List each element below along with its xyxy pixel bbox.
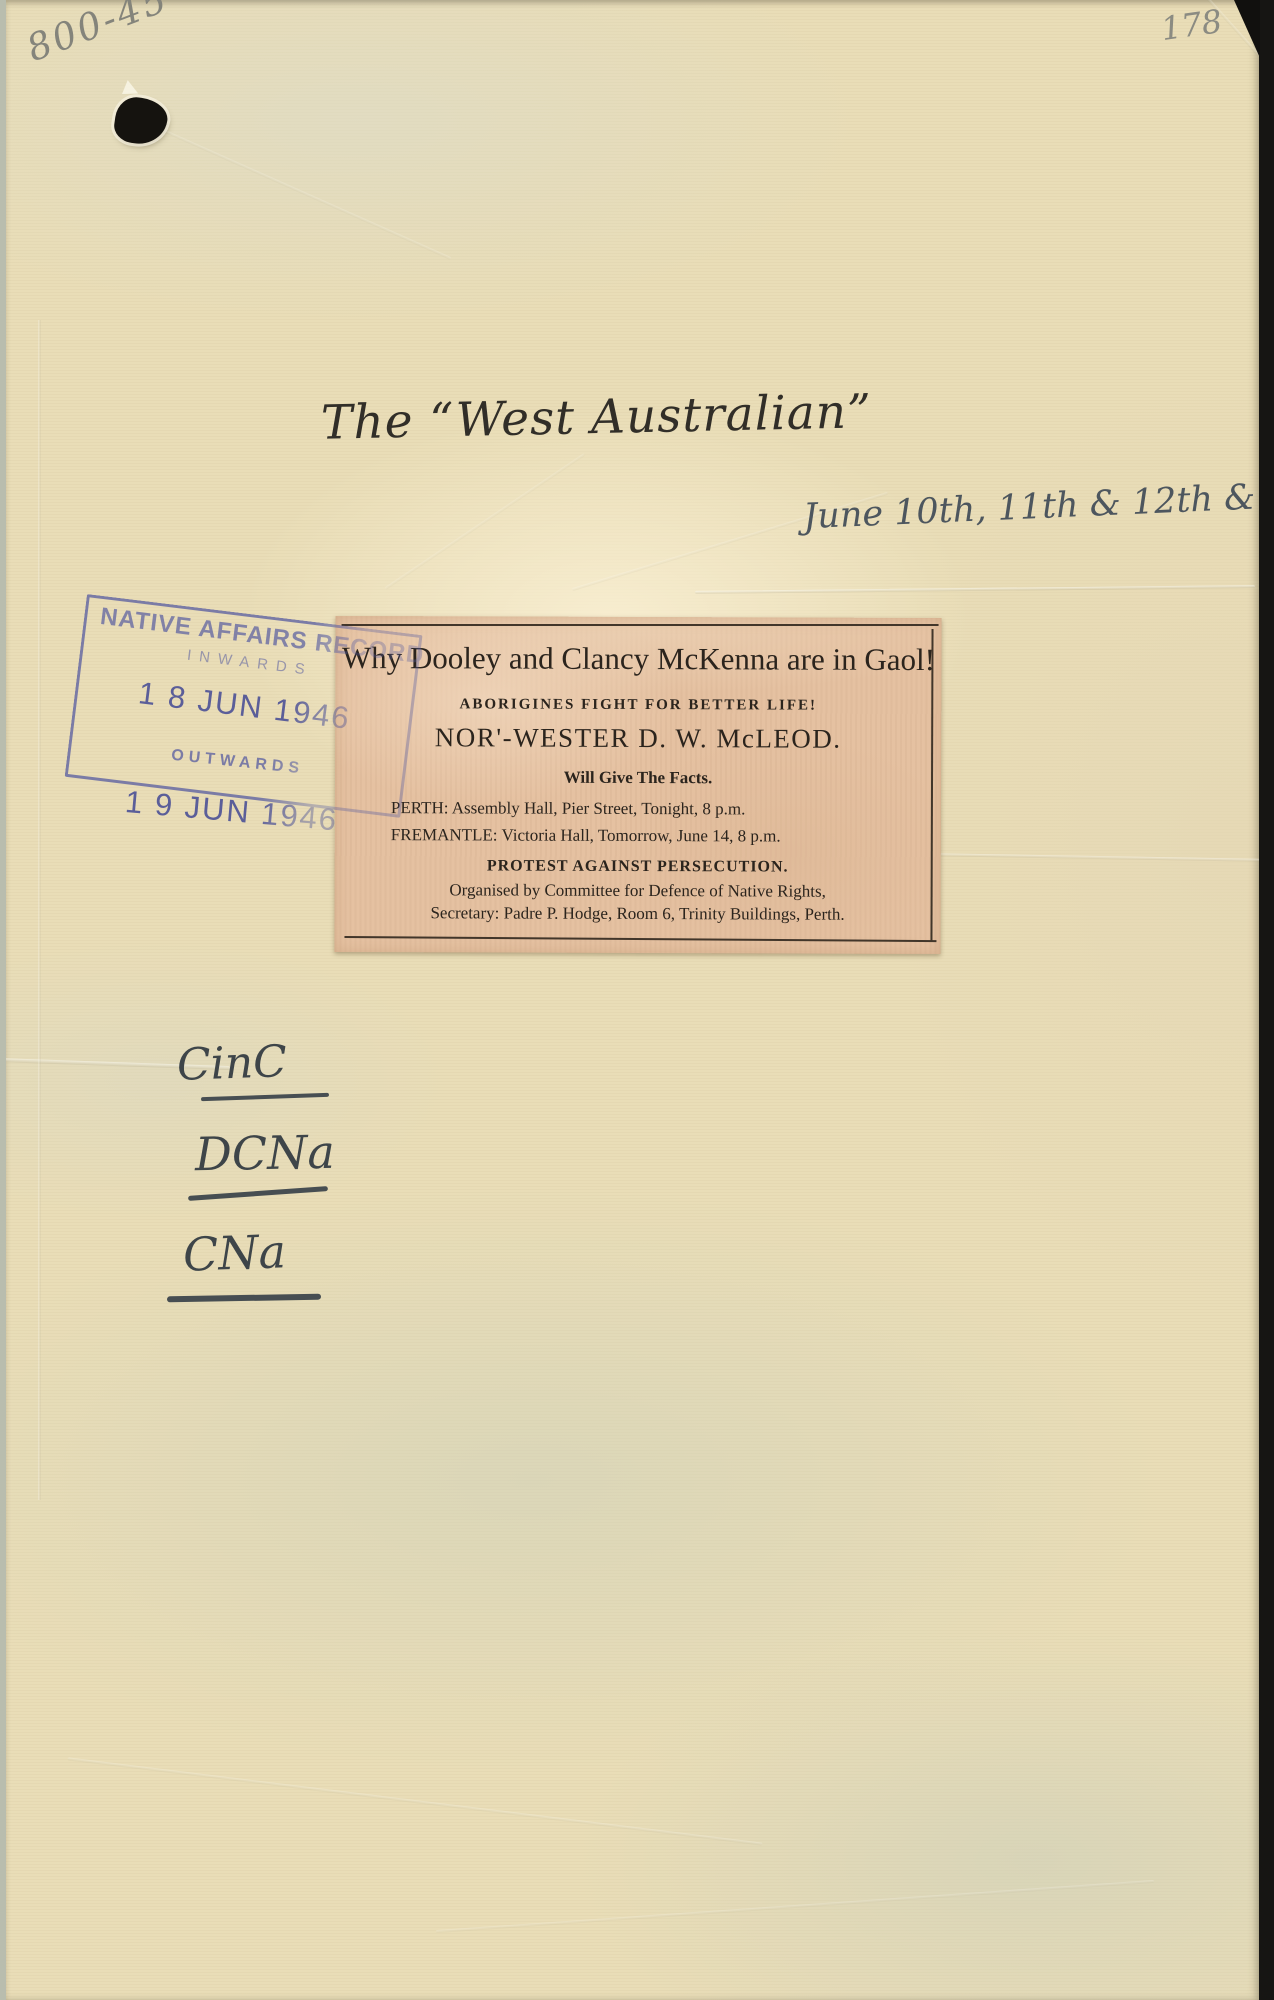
paper-sheet: 800-45 178 The “West Australian” June 10… (5, 0, 1259, 2000)
clipping-organiser-line: Organised by Committee for Defence of Na… (335, 880, 941, 902)
news-clipping: Why Dooley and Clancy McKenna are in Gao… (334, 616, 941, 954)
pencil-folio-number: 178 (1159, 2, 1225, 48)
handwritten-title: The “West Australian” (320, 384, 872, 451)
note-underline (188, 1186, 328, 1201)
paper-crease (935, 853, 1259, 862)
paper-crease (695, 585, 1255, 594)
clipping-tagline: Will Give The Facts. (335, 767, 941, 789)
handwritten-note-cna: CNa (182, 1224, 287, 1282)
clipping-rule-top (342, 624, 939, 626)
clipping-speaker-line: NOR'-WESTER D. W. McLEOD. (335, 722, 941, 755)
handwritten-note-dcna: DCNa (195, 1125, 336, 1181)
receipt-stamp: NATIVE AFFAIRS RECORDS INWARDS 1 8 JUN 1… (58, 594, 424, 869)
paper-crease (385, 453, 586, 590)
clipping-slogan: PROTEST AGAINST PERSECUTION. (335, 857, 941, 877)
clipping-headline: Why Dooley and Clancy McKenna are in Gao… (335, 640, 941, 678)
clipping-rule-bottom (344, 936, 936, 942)
paper-crease (436, 1880, 1154, 1933)
torn-hole (112, 95, 170, 148)
torn-hole-notch (120, 79, 138, 97)
handwritten-date: June 10th, 11th & 12th & 13th, 1946 (802, 469, 1259, 538)
pencil-archive-number: 800-45 (21, 0, 175, 70)
clipping-venue-perth: PERTH: Assembly Hall, Pier Street, Tonig… (391, 798, 746, 819)
scan-background: { "page": { "archive_number": "800-45", … (0, 0, 1274, 2000)
clipping-secretary-line: Secretary: Padre P. Hodge, Room 6, Trini… (335, 903, 941, 925)
clipping-venue-fremantle: FREMANTLE: Victoria Hall, Tomorrow, June… (391, 825, 781, 846)
note-underline (201, 1093, 329, 1101)
clipping-subheadline: ABORIGINES FIGHT FOR BETTER LIFE! (335, 696, 941, 715)
paper-crease (67, 1757, 762, 1845)
paper-crease-vertical (38, 320, 41, 1500)
handwritten-note-cinc: CinC (176, 1036, 287, 1091)
note-underline (167, 1294, 321, 1303)
paper-crease (149, 123, 452, 260)
scan-edge-left (0, 0, 6, 2000)
